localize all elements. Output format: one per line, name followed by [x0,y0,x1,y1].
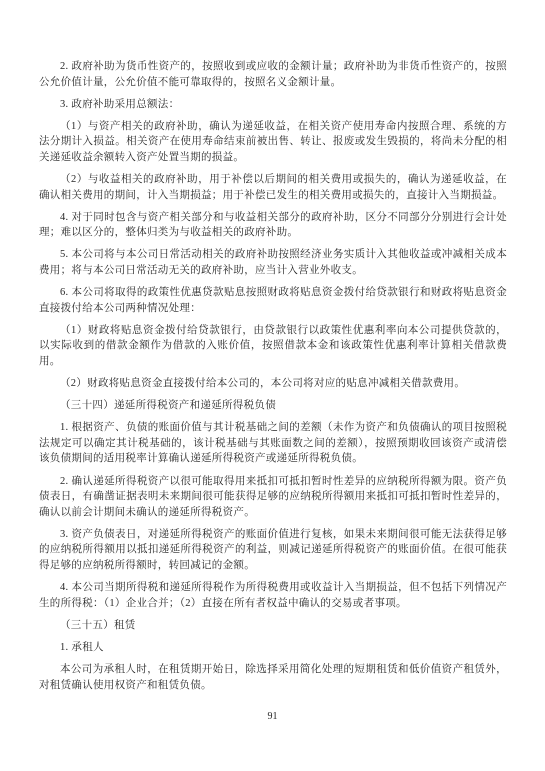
paragraph-mixed-subsidy: 4. 对于同时包含与资产相关部分和与收益相关部分的政府补助，区分不同部分分别进行… [39,210,507,241]
document-page: 2. 政府补助为货币性资产的，按照收到或应收的金额计量；政府补助为非货币性资产的… [0,0,545,771]
paragraph-government-subsidy-measurement: 2. 政府补助为货币性资产的，按照收到或应收的金额计量；政府补助为非货币性资产的… [39,59,507,90]
document-body: 2. 政府补助为货币性资产的，按照收到或应收的金额计量；政府补助为非货币性资产的… [0,0,545,693]
paragraph-deferred-tax-asset-limit: 2. 确认递延所得税资产以很可能取得用来抵扣可抵扣暂时性差异的应纳税所得额为限。… [39,474,507,521]
paragraph-gross-method-heading: 3. 政府补助采用总额法： [39,97,507,113]
paragraph-loan-discount-intro: 6. 本公司将取得的政策性优惠贷款贴息按照财政将贴息资金拨付给贷款银行和财政将贴… [39,285,507,316]
paragraph-loan-discount-case1: （1）财政将贴息资金拨付给贷款银行，由贷款银行以政策性优惠利率向本公司提供贷款的… [39,323,507,370]
paragraph-deferred-tax-basis: 1. 根据资产、负债的账面价值与其计税基础之间的差额（未作为资产和负债确认的项目… [39,420,507,467]
paragraph-income-tax-expense: 4. 本公司当期所得税和递延所得税作为所得税费用或收益计入当期损益，但不包括下列… [39,580,507,611]
paragraph-lessee-recognition: 本公司为承租人时，在租赁期开始日，除选择采用简化处理的短期租赁和低价值资产租赁外… [39,662,507,693]
paragraph-deferred-tax-review: 3. 资产负债表日，对递延所得税资产的账面价值进行复核，如果未来期间很可能无法获… [39,527,507,574]
paragraph-asset-related-subsidy: （1）与资产相关的政府补助，确认为递延收益，在相关资产使用寿命内按照合理、系统的… [39,119,507,166]
paragraph-loan-discount-case2: （2）财政将贴息资金直接拨付给本公司的，本公司将对应的贴息冲减相关借款费用。 [39,376,507,392]
page-number: 91 [0,711,545,722]
paragraph-income-related-subsidy: （2）与收益相关的政府补助，用于补偿以后期间的相关费用或损失的，确认为递延收益，… [39,172,507,203]
section-heading-lease: （三十五）租赁 [39,618,507,634]
paragraph-daily-activity-subsidy: 5. 本公司将与本公司日常活动相关的政府补助按照经济业务实质计入其他收益或冲减相… [39,247,507,278]
section-heading-deferred-tax: （三十四）递延所得税资产和递延所得税负债 [39,398,507,414]
subsection-heading-lessee: 1. 承租人 [39,640,507,656]
